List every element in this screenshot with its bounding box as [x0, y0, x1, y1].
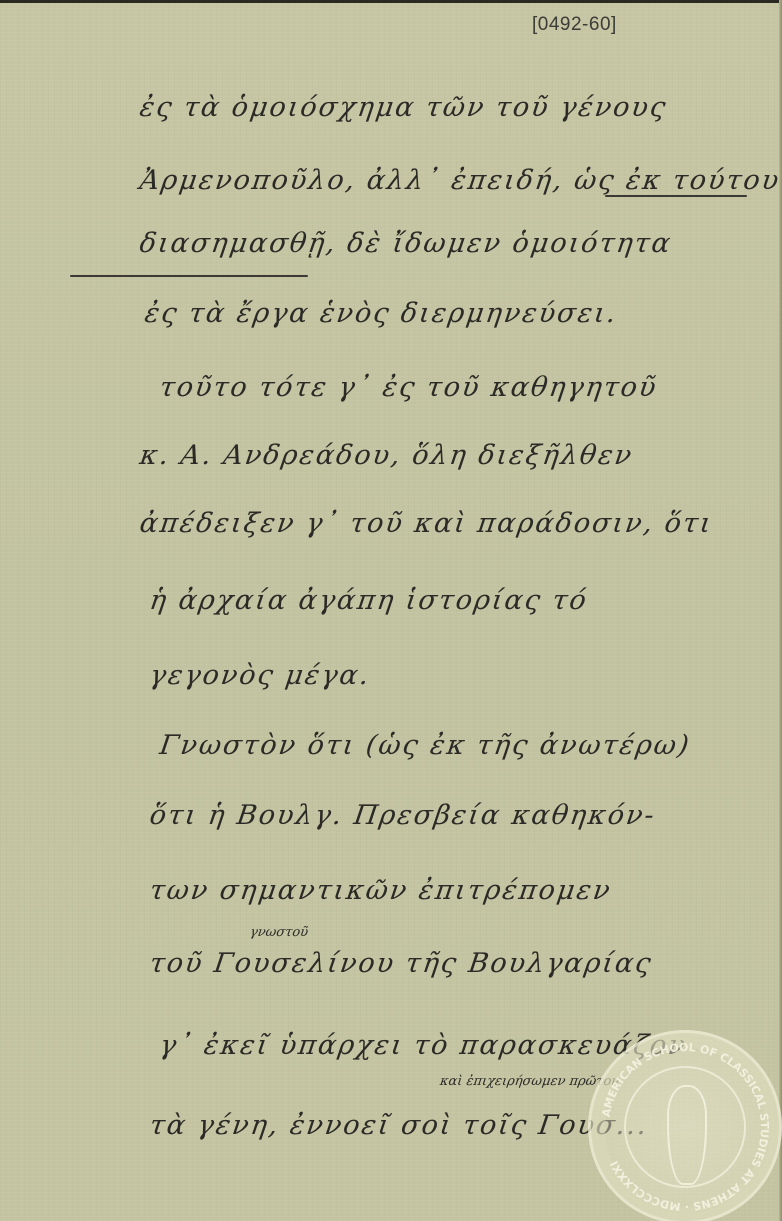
manuscript-line-15: τὰ γένη, ἐννοεῖ σοὶ τοῖς Γουσ...	[148, 1110, 651, 1141]
underline-mark-2	[70, 275, 308, 277]
archive-reference-label: [0492-60]	[532, 14, 617, 36]
manuscript-line-13: τοῦ Γουσελίνου τῆς Βουλγαρίας	[148, 948, 655, 979]
interlinear-note-1: γνωστοῦ	[249, 925, 309, 940]
manuscript-line-9: γεγονὸς μέγα.	[148, 660, 373, 691]
manuscript-line-5: τοῦτο τότε γ᾽ ἐς τοῦ καθηγητοῦ	[158, 372, 660, 403]
underline-mark-1	[605, 195, 747, 197]
scan-top-border	[0, 0, 782, 3]
manuscript-line-1: ἐς τὰ ὁμοιόσχημα τῶν τοῦ γένους	[138, 92, 670, 123]
manuscript-line-11: ὅτι ἡ Βουλγ. Πρεσβεία καθηκόν-	[148, 800, 658, 831]
manuscript-line-4: ἐς τὰ ἔργα ἑνὸς διερμηνεύσει.	[143, 298, 620, 329]
manuscript-line-10: Γνωστὸν ὅτι (ὡς ἐκ τῆς ἀνωτέρω)	[158, 730, 693, 761]
amphora-emblem-icon	[667, 1085, 707, 1185]
manuscript-line-6: κ. Α. Ανδρεάδου, ὅλη διεξῆλθεν	[138, 440, 636, 471]
manuscript-line-7: ἀπέδειξεν γ᾽ τοῦ καὶ παράδοσιν, ὅτι	[138, 508, 715, 539]
manuscript-page: [0492-60] ἐς τὰ ὁμοιόσχημα τῶν τοῦ γένου…	[0, 0, 782, 1221]
manuscript-line-3: διασημασθῇ, δὲ ἴδωμεν ὁμοιότητα	[138, 228, 674, 259]
manuscript-line-12: των σημαντικῶν ἐπιτρέπομεν	[148, 875, 614, 906]
manuscript-line-2: Ἀρμενοποῦλο, ἀλλ᾽ ἐπειδή, ὡς ἐκ τούτου	[138, 165, 782, 196]
manuscript-line-8: ἡ ἀρχαία ἀγάπη ἱστορίας τό	[148, 585, 590, 616]
embossed-institution-seal: AMERICAN SCHOOL OF CLASSICAL STUDIES AT …	[588, 1030, 782, 1221]
